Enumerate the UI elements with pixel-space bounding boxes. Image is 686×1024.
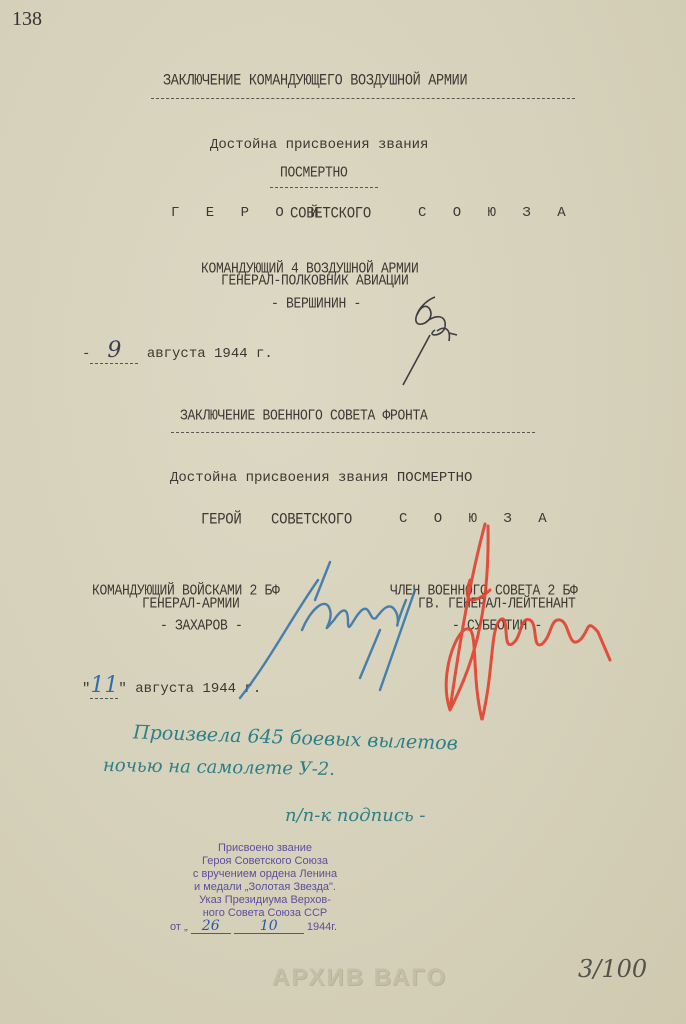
date-open-quote: " (82, 681, 90, 697)
award-stamp: Присвоено звание Героя Советского Союза … (170, 842, 360, 934)
date-prefix: - (82, 346, 90, 362)
posthumous-underline (270, 187, 378, 188)
section1-signer-name: - ВЕРШИНИН - (271, 295, 361, 312)
handwritten-note-line-1: Произвела 645 боевых вылетов (133, 721, 458, 754)
section1-date: -9 августа 1944 г. (82, 338, 273, 364)
stamp-date-year: 1944г. (307, 921, 337, 933)
section1-award-union: С О Ю З А (418, 205, 575, 221)
stamp-line-4: и медали „Золотая Звезда". (170, 881, 360, 894)
section1-posthumous: ПОСМЕРТНО (280, 164, 348, 181)
handwritten-note-line-2: ночью на самолете У-2. (103, 755, 335, 780)
section2-title-underline (171, 432, 535, 433)
stamp-line-3: с вручением ордена Ленина (170, 868, 360, 881)
section1-signer-title-2: ГЕНЕРАЛ-ПОЛКОВНИК АВИАЦИИ (221, 272, 409, 289)
section2-worthy-text: Достойна присвоения звания ПОСМЕРТНО (170, 470, 472, 486)
section1-title: ЗАКЛЮЧЕНИЕ КОМАНДУЮЩЕГО ВОЗДУШНОЙ АРМИИ (163, 73, 467, 90)
section1-award-soviet: СОВЕТСКОГО (290, 205, 371, 223)
signature-vershinin (395, 285, 465, 390)
stamp-date-day: 26 (191, 920, 231, 934)
stamp-date-prefix: от „ (170, 921, 188, 933)
section1-title-underline (151, 98, 575, 99)
date-day-handwritten: 9 (90, 338, 138, 364)
signature-subbotin (430, 520, 630, 730)
stamp-date-line: от „ 26 10 1944г. (170, 920, 360, 934)
page-number: 138 (12, 8, 42, 31)
stamp-date-month: 10 (234, 920, 304, 934)
archival-document-page: 138 ЗАКЛЮЧЕНИЕ КОМАНДУЮЩЕГО ВОЗДУШНОЙ АР… (0, 0, 686, 1024)
stamp-line-1: Присвоено звание (170, 842, 360, 855)
handwritten-note-signature: п/п-к подпись - (285, 805, 426, 826)
stamp-line-2: Героя Советского Союза (170, 855, 360, 868)
archive-reference: 3/100 (578, 955, 647, 983)
signature-zakharov (230, 560, 430, 710)
date-month-year: августа 1944 г. (147, 346, 273, 362)
section2-title: ЗАКЛЮЧЕНИЕ ВОЕННОГО СОВЕТА ФРОНТА (180, 407, 428, 424)
archive-watermark: АРХИВ ВАГО (272, 964, 447, 992)
section1-worthy-text: Достойна присвоения звания (210, 137, 428, 153)
section2-award-hero: ГЕРОЙ (201, 511, 242, 529)
section2-left-signer-title-2: ГЕНЕРАЛ-АРМИИ (142, 595, 240, 612)
section2-award-soviet: СОВЕТСКОГО (271, 511, 352, 529)
date-day-handwritten: 11 (90, 673, 118, 699)
stamp-line-5: Указ Президиума Верхов- (170, 894, 360, 907)
